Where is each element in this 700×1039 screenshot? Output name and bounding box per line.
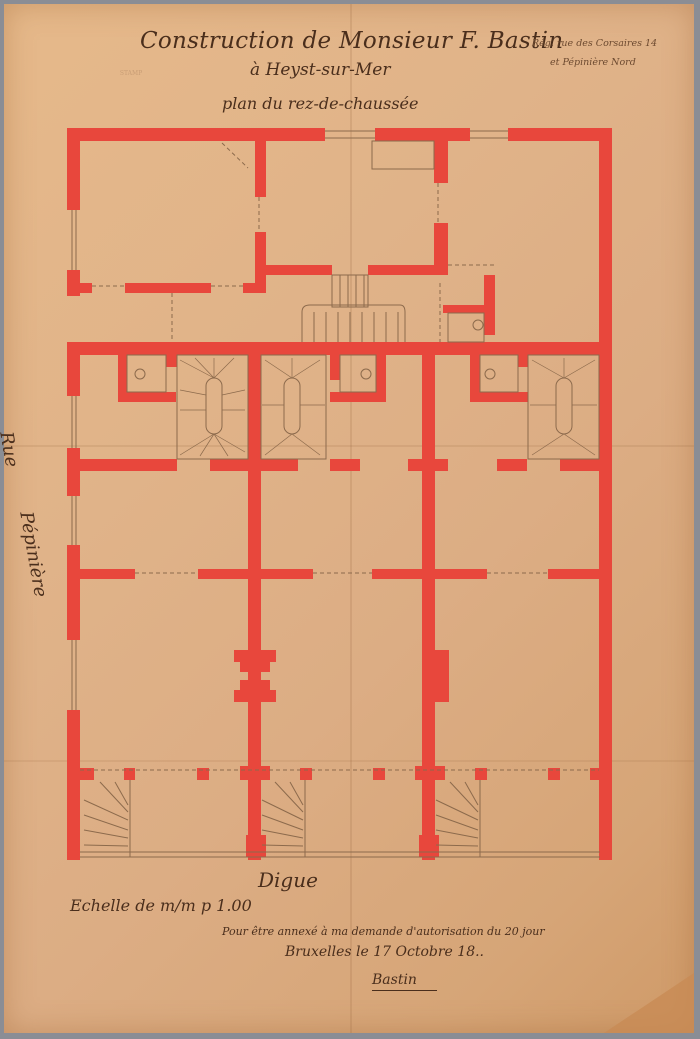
signature: Bastin: [372, 972, 437, 991]
approval-note: Pour être annexé à ma demande d'autorisa…: [222, 925, 545, 938]
street-label-digue: Digue: [258, 868, 318, 892]
floor-plan-drawing: [0, 0, 700, 1039]
walls: [67, 128, 612, 860]
front-stairs: [80, 780, 600, 857]
pencil-details: [72, 131, 600, 857]
scale-label: Echelle de m/m p 1.00: [70, 896, 252, 915]
place-date: Bruxelles le 17 Octobre 18..: [285, 944, 484, 960]
spiral-stair-1: [177, 355, 248, 459]
